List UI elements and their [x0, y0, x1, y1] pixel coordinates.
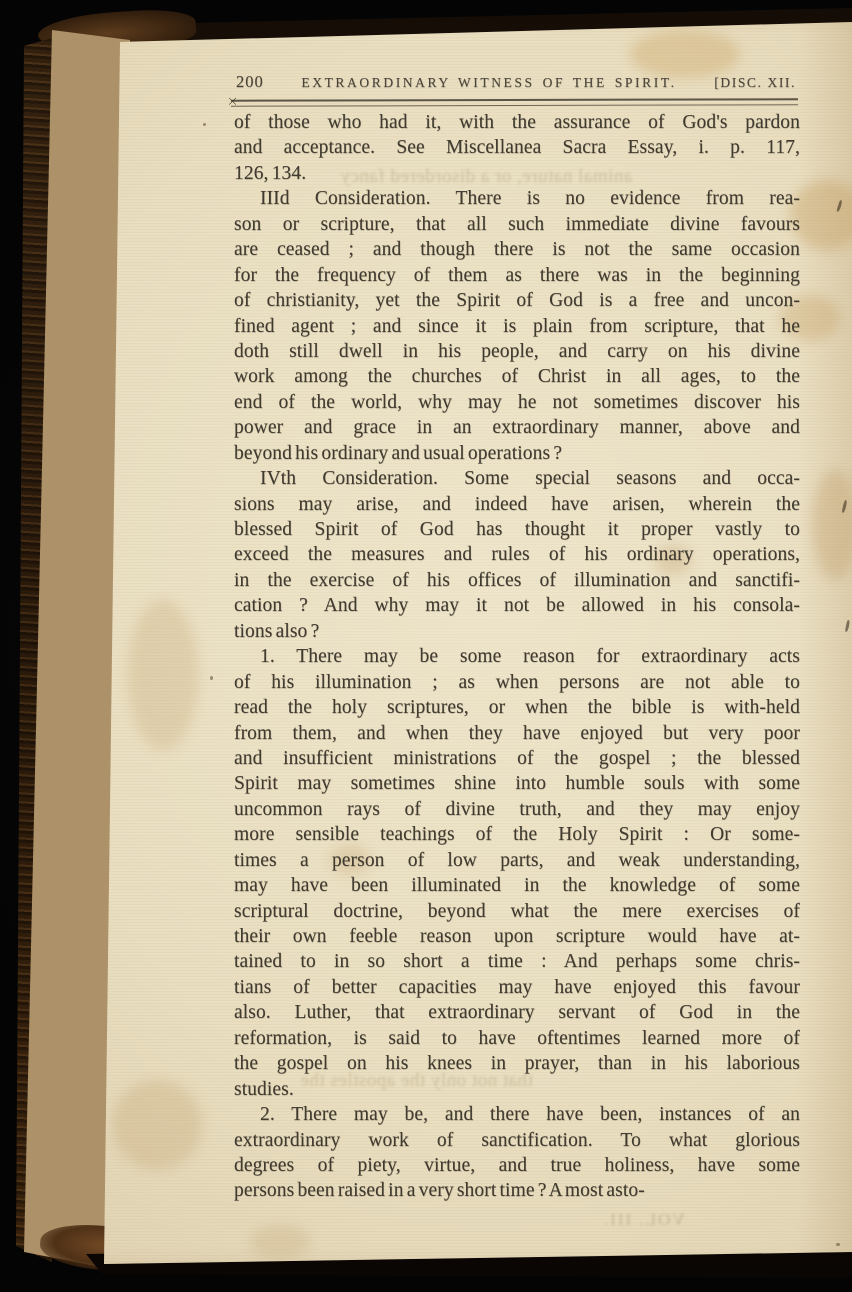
text-line: cation ? And why may it not be allowed i…	[234, 593, 800, 618]
text-line: beyond his ordinary and usual operations…	[234, 441, 800, 466]
text-line: persons been raised in a very short time…	[234, 1178, 800, 1203]
text-line: of christianity, yet the Spirit of God i…	[234, 288, 800, 313]
text-line: 2. There may be, and there have been, in…	[234, 1102, 800, 1127]
text-line: times a person of low parts, and weak un…	[234, 848, 800, 873]
text-line: their own feeble reason upon scripture w…	[234, 924, 800, 949]
margin-mark	[845, 620, 850, 632]
text-line: reformation, is said to have oftentimes …	[234, 1026, 800, 1051]
text-line: and acceptance. See Miscellanea Sacra Es…	[234, 135, 800, 160]
book-page: animal nature, or a disordered fancy tha…	[0, 0, 852, 1292]
ink-speck	[203, 123, 206, 126]
header-double-rule	[231, 98, 798, 106]
text-line: exceed the measures and rules of his ord…	[234, 542, 800, 567]
text-line: the gospel on his knees in prayer, than …	[234, 1051, 800, 1076]
text-line: scriptural doctrine, beyond what the mer…	[234, 899, 800, 924]
text-line: and insufficient ministrations of the go…	[234, 746, 800, 771]
text-line: Spirit may sometimes shine into humble s…	[234, 771, 800, 796]
text-line: 126, 134.	[234, 161, 800, 186]
text-line: power and grace in an extraordinary mann…	[234, 415, 800, 440]
text-line: studies.	[234, 1077, 800, 1102]
text-line: more sensible teachings of the Holy Spir…	[234, 822, 800, 847]
margin-mark	[841, 500, 847, 513]
text-line: extraordinary work of sanctification. To…	[234, 1128, 800, 1153]
text-line: IIId Consideration. There is no evidence…	[234, 186, 800, 211]
text-line: may have been illuminated in the knowled…	[234, 873, 800, 898]
text-line: son or scripture, that all such immediat…	[234, 212, 800, 237]
paper-stain	[630, 30, 740, 78]
text-line: of those who had it, with the assurance …	[234, 110, 800, 135]
text-line: of his illumination ; as when persons ar…	[234, 670, 800, 695]
ink-speck	[836, 1243, 840, 1246]
bleedthrough-volume-mark: VOL. III.	[602, 1210, 685, 1230]
text-block: of those who had it, with the assurance …	[234, 110, 800, 1204]
page-number: 200	[236, 72, 264, 92]
text-line: degrees of piety, virtue, and true holin…	[234, 1153, 800, 1178]
printers-mark	[229, 98, 236, 105]
paper-stain	[112, 1080, 202, 1170]
text-line: uncommon rays of divine truth, and they …	[234, 797, 800, 822]
text-line: from them, and when they have enjoyed bu…	[234, 721, 800, 746]
paper-stain	[128, 600, 198, 750]
text-line: IVth Consideration. Some special seasons…	[234, 466, 800, 491]
book-scan: animal nature, or a disordered fancy tha…	[0, 0, 852, 1292]
paper-stain	[812, 470, 852, 580]
margin-mark	[836, 200, 843, 212]
text-line: for the frequency of them as there was i…	[234, 263, 800, 288]
text-line: 1. There may be some reason for extraord…	[234, 644, 800, 669]
text-line: read the holy scriptures, or when the bi…	[234, 695, 800, 720]
text-line: are ceased ; and though there is not the…	[234, 237, 800, 262]
page-header: 200 EXTRAORDINARY WITNESS OF THE SPIRIT.…	[236, 72, 796, 92]
text-line: fined agent ; and since it is plain from…	[234, 314, 800, 339]
text-line: tions also ?	[234, 619, 800, 644]
text-line: doth still dwell in his people, and carr…	[234, 339, 800, 364]
text-line: also. Luther, that extraordinary servant…	[234, 1000, 800, 1025]
text-line: sions may arise, and indeed have arisen,…	[234, 492, 800, 517]
paper-stain	[250, 1225, 310, 1259]
text-line: blessed Spirit of God has thought it pro…	[234, 517, 800, 542]
section-label: [DISC. XII.	[714, 75, 796, 91]
text-line: in the exercise of his offices of illumi…	[234, 568, 800, 593]
text-line: end of the world, why may he not sometim…	[234, 390, 800, 415]
text-line: tians of better capacities may have enjo…	[234, 975, 800, 1000]
running-title: EXTRAORDINARY WITNESS OF THE SPIRIT.	[264, 75, 715, 91]
text-line: tained to in so short a time : And perha…	[234, 949, 800, 974]
text-line: work among the churches of Christ in all…	[234, 364, 800, 389]
ink-speck	[210, 676, 213, 680]
